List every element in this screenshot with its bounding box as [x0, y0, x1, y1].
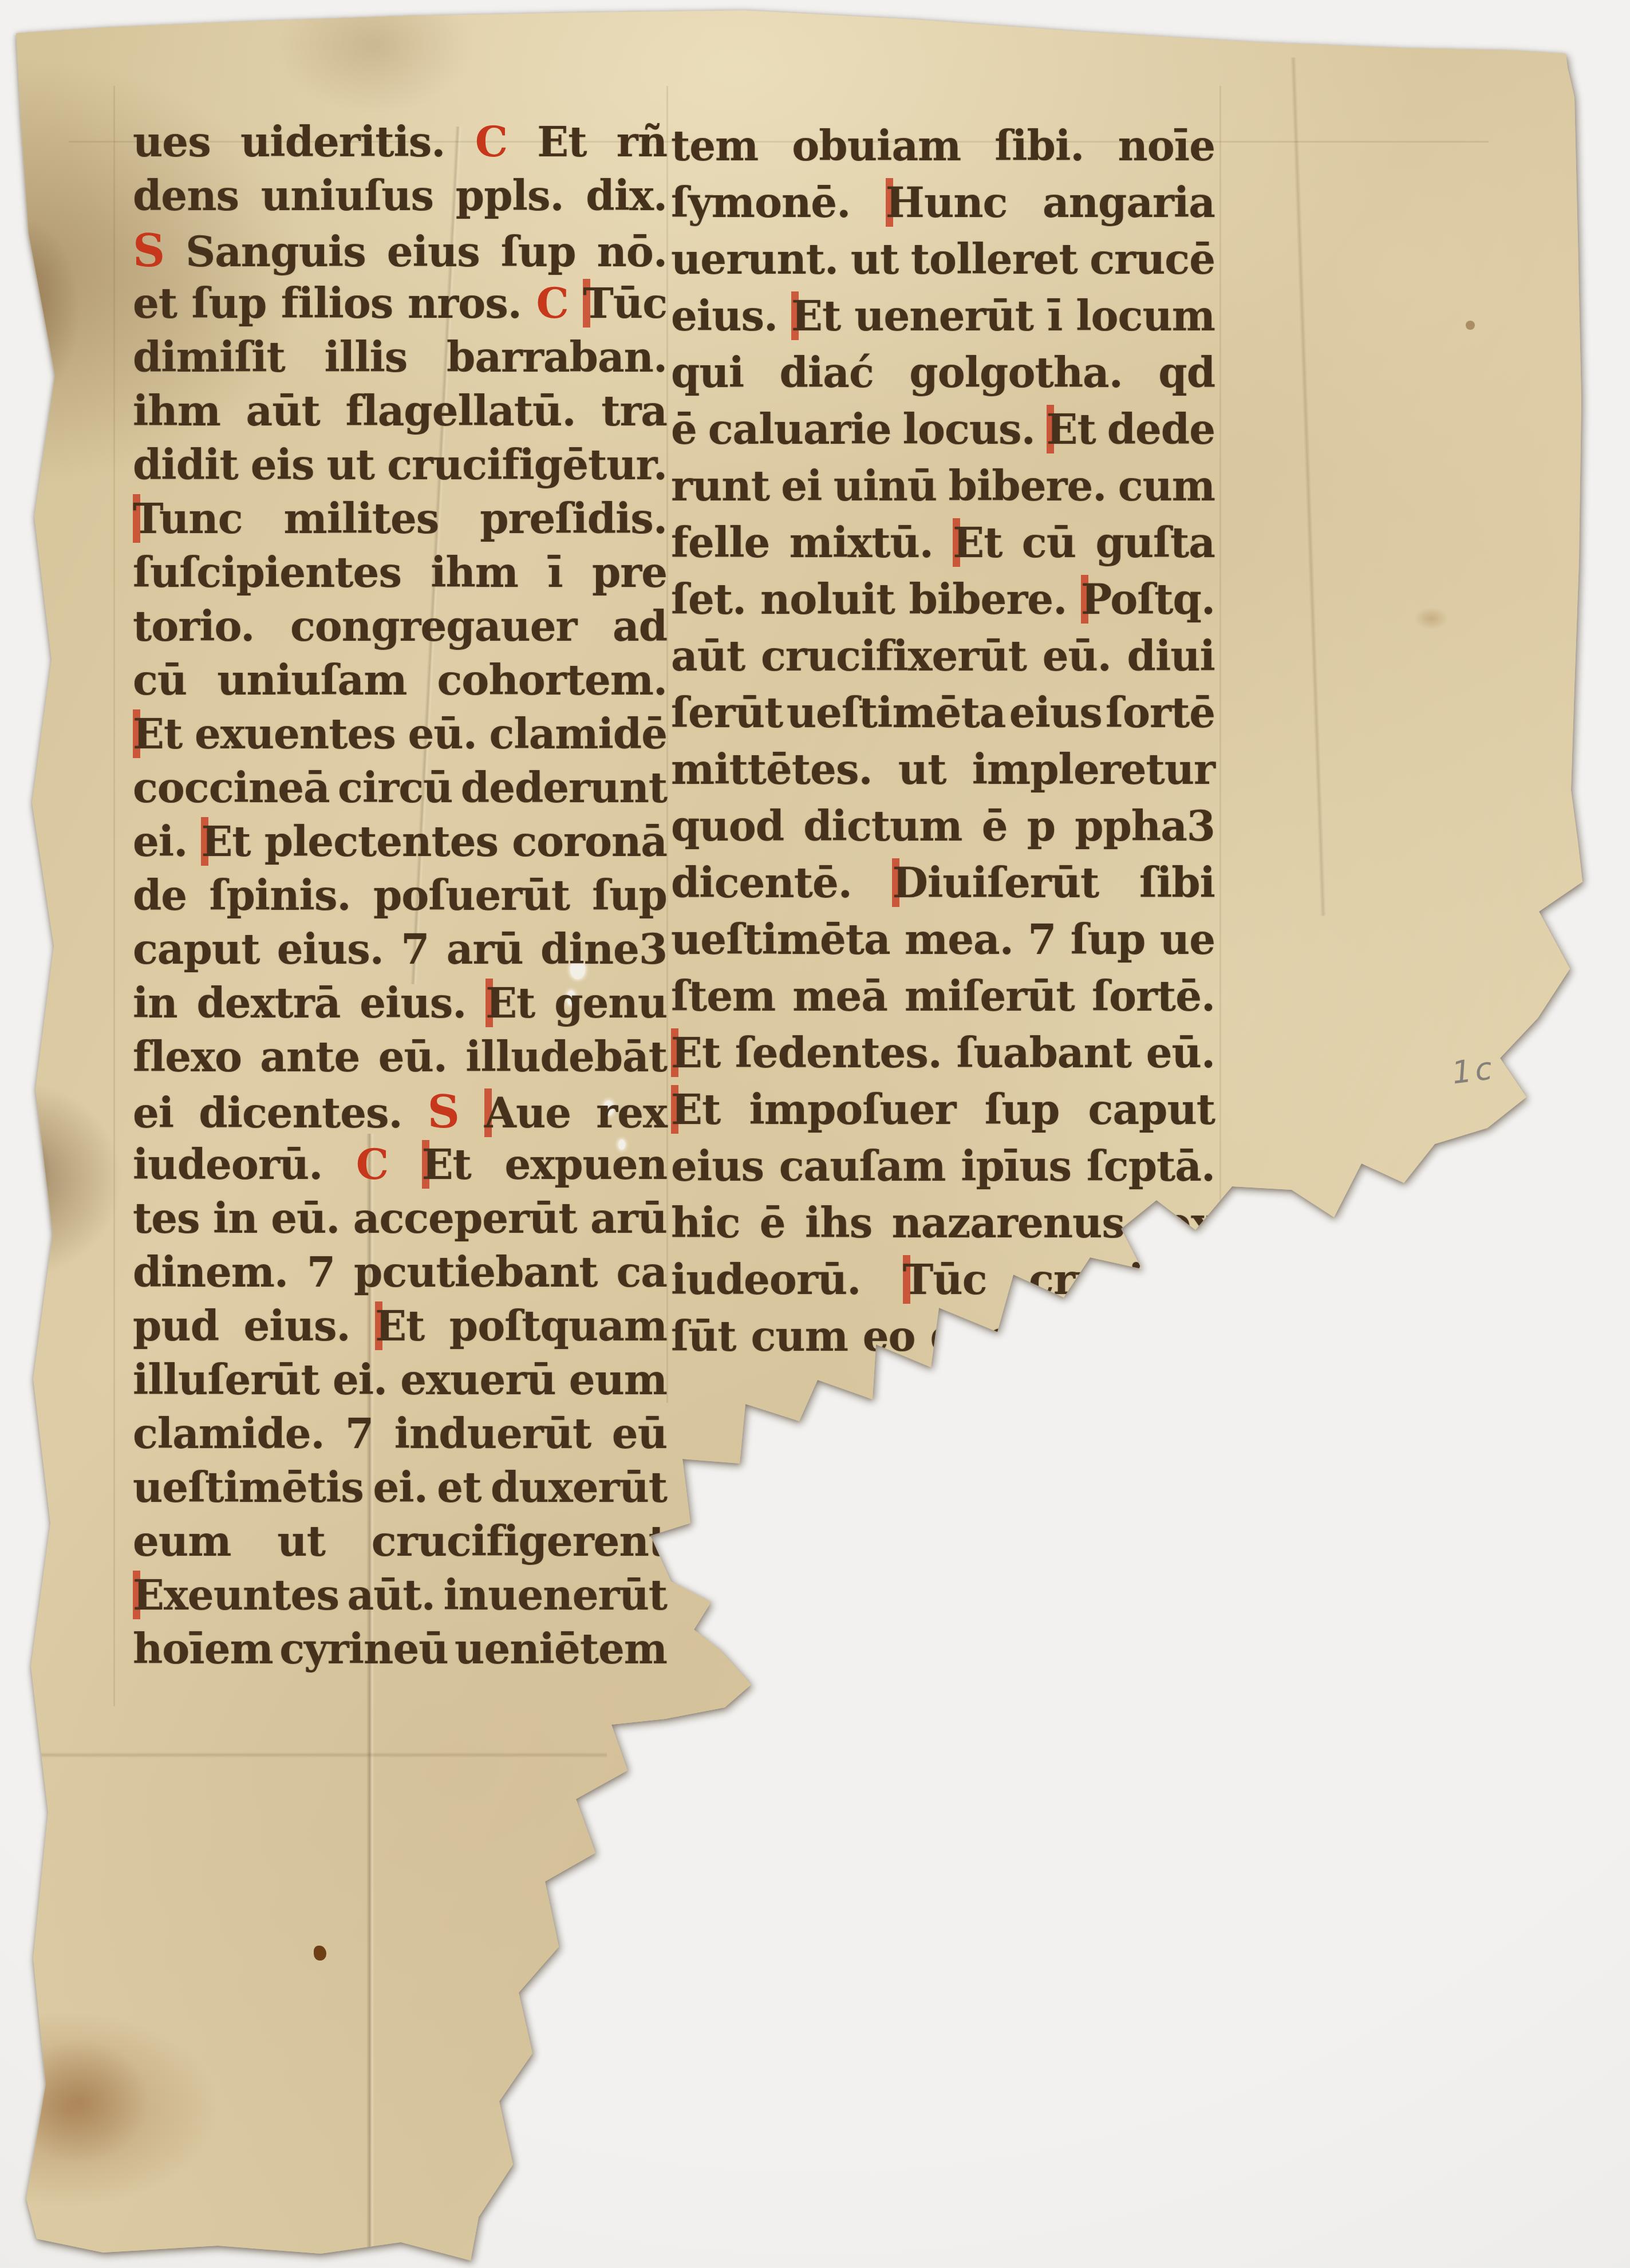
word: uideritis. — [240, 117, 445, 166]
text-line: eumutcrucifigerent — [133, 1517, 667, 1571]
word: Tunc — [133, 494, 243, 543]
text-line: ſuſcipientesihmīpre — [133, 548, 667, 602]
word: mixtū. — [790, 518, 933, 567]
word: illudebāt — [465, 1032, 667, 1081]
word: exuentes — [195, 709, 396, 758]
word: milites — [283, 494, 439, 543]
word: diui — [1127, 632, 1215, 680]
word: ipīus — [961, 1142, 1071, 1190]
word: circū — [338, 763, 452, 812]
word: induerūt — [394, 1409, 591, 1458]
text-line: Exeuntesaūt.inuenerūt — [133, 1571, 667, 1624]
word: noīe — [1118, 121, 1215, 170]
word: cauſam — [779, 1142, 946, 1190]
word: miſerūt — [905, 972, 1075, 1020]
word: eū. — [1043, 632, 1111, 680]
word: ē — [671, 405, 697, 453]
word: poſuerūt — [373, 871, 570, 920]
word: aūt — [246, 386, 320, 435]
word: eū. — [408, 709, 476, 758]
word: crucifigētur. — [387, 440, 667, 489]
word: caput — [133, 925, 259, 973]
word: arū — [590, 1194, 667, 1243]
word: eius. — [244, 1301, 350, 1350]
text-line: ſtemmeāmiſerūtſortē. — [671, 972, 1215, 1028]
word: et — [133, 279, 177, 328]
word: hoīem — [133, 1624, 273, 1673]
word: crucifixi — [1029, 1255, 1215, 1304]
word: filios — [281, 279, 393, 328]
word: Aue — [484, 1088, 571, 1137]
text-line: eiuscauſamipīusſcptā. — [671, 1142, 1215, 1198]
word: didit — [133, 440, 238, 489]
word: dictum — [803, 802, 962, 850]
word: qui — [671, 348, 744, 397]
word: torio. — [133, 602, 254, 650]
word: pre — [592, 548, 667, 597]
word: uniuſam — [217, 656, 406, 704]
word: ei — [133, 1088, 173, 1137]
word: felle — [671, 518, 769, 567]
word: pud — [133, 1301, 219, 1350]
word: ut — [277, 1517, 325, 1565]
word: flagellatū. — [345, 386, 575, 435]
word: iudeorū. — [671, 1255, 861, 1304]
word: S — [428, 1086, 459, 1138]
word: eius — [671, 1142, 764, 1190]
word: Et — [201, 817, 250, 866]
word: ei. — [333, 1355, 387, 1404]
word: qd — [1158, 348, 1215, 397]
word: 7 — [401, 925, 429, 973]
word: ī — [547, 548, 562, 597]
word: bibere. — [949, 462, 1107, 510]
text-line: Etexuenteseū.clamidē — [133, 709, 667, 763]
word: Tūc — [903, 1255, 987, 1304]
word: ſup — [985, 1085, 1060, 1134]
word: exuerū — [400, 1355, 555, 1404]
text-line: caputeius.7arūdine3 — [133, 925, 667, 979]
word: coronā — [512, 817, 667, 866]
text-line: pudeius.Etpoſtquam — [133, 1301, 667, 1355]
crease-line — [1290, 57, 1326, 916]
word: eū. — [271, 1194, 340, 1243]
word: tra — [601, 386, 667, 435]
word: ut — [898, 745, 946, 794]
word: cum — [751, 1312, 847, 1360]
word: quod — [671, 802, 784, 850]
word: locus. — [903, 405, 1035, 453]
word: dix. — [586, 171, 667, 220]
word: uniuſus — [261, 171, 433, 220]
word: eius — [387, 227, 480, 276]
ruling-line-vertical-left — [113, 86, 115, 1706]
word: ſymonē. — [671, 178, 850, 227]
word: locum — [1076, 291, 1215, 340]
word: golgotha. — [909, 348, 1122, 397]
text-column-left: uesuideritis.CEtrñdensuniuſusppls.dix.SS… — [133, 117, 667, 1678]
word: ſibi — [1139, 858, 1215, 907]
word: cyrineū — [279, 1624, 448, 1673]
text-line: quidiaćgolgotha.qd — [671, 348, 1215, 405]
word: ad — [613, 602, 667, 650]
word: ſet. — [671, 575, 746, 624]
text-line: fellemixtū.Etcūguſta — [671, 518, 1215, 575]
text-line: diditeisutcrucifigētur. — [133, 440, 667, 494]
word: guſta — [1095, 518, 1215, 567]
word: ſup — [501, 227, 576, 276]
text-line: iudeorū.CEtexpuen — [133, 1140, 667, 1194]
word: duxerūt — [491, 1463, 667, 1512]
word: uerunt. — [671, 235, 838, 283]
word: ē — [760, 1198, 786, 1247]
word: congregauer — [290, 602, 577, 650]
word: de — [133, 871, 187, 920]
text-line: eius.Etuenerūtīlocum — [671, 291, 1215, 348]
word: ei. — [133, 817, 187, 866]
word: ſup — [592, 871, 667, 920]
word: ue — [1160, 915, 1215, 964]
text-line: ēcaluarielocus.Etdede — [671, 405, 1215, 462]
text-column-right: temobuiamſibi.noīeſymonē.Huncangariaueru… — [671, 121, 1215, 1368]
text-line: aūtcrucifixerūteū.diui — [671, 632, 1215, 688]
word: nros. — [408, 279, 522, 328]
word: C — [356, 1140, 388, 1189]
text-line: indextrāeius.Etgenu — [133, 979, 667, 1032]
word: tolleret — [911, 235, 1078, 283]
word: in — [133, 979, 177, 1027]
word: Poſtq. — [1081, 575, 1215, 624]
word: Et — [537, 117, 586, 166]
text-line: SSanguiseiusſupnō. — [133, 225, 667, 279]
text-line: deſpinis.poſuerūtſup — [133, 871, 667, 925]
word: crucifixerūt — [761, 632, 1027, 680]
word: dinem. — [133, 1248, 288, 1296]
word: cum — [1118, 462, 1215, 510]
word: ueſtimēta — [671, 915, 890, 964]
text-line: coccineācircūdederunt — [133, 763, 667, 817]
word: meā — [792, 972, 887, 1020]
word: 7 — [1028, 915, 1056, 964]
word: dicentē. — [671, 858, 852, 907]
word: eū. — [1146, 1028, 1215, 1077]
word: latrones — [1029, 1312, 1215, 1360]
word: dens — [133, 171, 239, 220]
word: barraban. — [447, 333, 667, 381]
text-line: quoddictumēpppha3 — [671, 802, 1215, 858]
word: eum — [569, 1355, 667, 1404]
text-line: dinem.7pcutiebantca — [133, 1248, 667, 1301]
word: ſcptā. — [1087, 1142, 1215, 1190]
stain — [0, 218, 80, 407]
crease-line — [34, 1752, 607, 1758]
word: dederunt — [461, 763, 667, 812]
word: ues — [133, 117, 211, 166]
text-line: ſūtcumeoduolatrones — [671, 1312, 1215, 1368]
stain — [314, 1946, 326, 1961]
word: crucifigerent — [372, 1517, 667, 1565]
text-line: ſerūtueſtimētaeiusſortē — [671, 688, 1215, 745]
word: ante — [260, 1032, 360, 1081]
text-line: ihmaūtflagellatū.tra — [133, 386, 667, 440]
word: caput — [1088, 1085, 1215, 1134]
word: tes — [133, 1194, 200, 1243]
text-line: ſymonē.Huncangaria — [671, 178, 1215, 235]
word: eius — [1009, 688, 1102, 737]
word: coccineā — [133, 763, 330, 812]
text-line: clamide.7induerūteū — [133, 1409, 667, 1463]
word: dicentes. — [199, 1088, 402, 1137]
word: bibere. — [909, 575, 1067, 624]
word: preſidis. — [480, 494, 667, 543]
text-line: cūuniuſamcohortem. — [133, 656, 667, 709]
word: dine3 — [540, 925, 667, 973]
word: ueſtimēta — [787, 688, 1006, 737]
text-line: torio.congregauerad — [133, 602, 667, 656]
word: flexo — [133, 1032, 242, 1081]
word: eū. — [378, 1032, 447, 1081]
text-line: ſet.noluitbibere.Poſtq. — [671, 575, 1215, 632]
folio-pencil-mark: 1c — [1450, 1050, 1497, 1091]
word: ſortē — [1106, 688, 1215, 737]
text-line: densuniuſusppls.dix. — [133, 171, 667, 225]
text-line: hicēihsnazarenusrex — [671, 1198, 1215, 1255]
text-line: ueſtimētisei.etduxerūt — [133, 1463, 667, 1517]
word: in — [213, 1194, 258, 1243]
word: eius. — [360, 979, 466, 1027]
word: duo — [930, 1312, 1015, 1360]
word: C — [536, 279, 568, 328]
text-line: mittētes.utimpleretur — [671, 745, 1215, 802]
word: ī — [1047, 291, 1062, 340]
word: ſup — [192, 279, 267, 328]
word: ſuabant — [956, 1028, 1131, 1077]
word: Et — [133, 709, 182, 758]
word: ihs — [805, 1198, 872, 1247]
word: ueſtimētis — [133, 1463, 364, 1512]
scan-background: uesuideritis.CEtrñdensuniuſusppls.dix.SS… — [0, 0, 1630, 2268]
word: diać — [780, 348, 874, 397]
text-line: eidicentes.SAuerex — [133, 1086, 667, 1140]
word: aūt. — [348, 1571, 435, 1619]
word: Et — [1047, 405, 1096, 453]
word: dede — [1107, 405, 1215, 453]
word: arū — [447, 925, 523, 973]
word: Et — [375, 1301, 424, 1350]
word: acceperūt — [353, 1194, 577, 1243]
word: ē — [982, 802, 1008, 850]
text-line: tesineū.acceperūtarū — [133, 1194, 667, 1248]
word: Hunc — [886, 178, 1008, 227]
word: ihm — [133, 386, 220, 435]
word: Et — [671, 1028, 720, 1077]
word: rex — [1144, 1198, 1215, 1247]
word: illis — [324, 333, 407, 381]
word: impoſuer — [749, 1085, 956, 1134]
word: Et — [791, 291, 840, 340]
word: ſpinis. — [210, 871, 351, 920]
word: caluarie — [708, 405, 891, 453]
word: ſerūt — [671, 688, 783, 737]
word: crucē — [1090, 235, 1215, 283]
manuscript-leaf: uesuideritis.CEtrñdensuniuſusppls.dix.SS… — [0, 0, 1630, 2268]
word: illuſerūt — [133, 1355, 319, 1404]
word: ei. — [373, 1463, 427, 1512]
text-line: temobuiamſibi.noīe — [671, 121, 1215, 178]
word: plectentes — [265, 817, 498, 866]
word: dextrā — [197, 979, 341, 1027]
word: cū — [133, 656, 187, 704]
text-line: Etimpoſuerſupcaput — [671, 1085, 1215, 1142]
word: genu — [554, 979, 667, 1027]
word: ihm — [431, 548, 518, 597]
word: eum — [133, 1517, 231, 1565]
word: ppls. — [456, 171, 564, 220]
word: ut — [327, 440, 375, 489]
word: eū — [612, 1409, 667, 1458]
word: Et — [486, 979, 535, 1027]
word: uenerūt — [854, 291, 1033, 340]
word: ſibi. — [994, 121, 1084, 170]
word: ca — [617, 1248, 668, 1296]
text-line: dicentē.Diuiſerūtſibi — [671, 858, 1215, 915]
parchment: uesuideritis.CEtrñdensuniuſusppls.dix.SS… — [0, 0, 1630, 2268]
text-line: ueſtimētamea.7ſupue — [671, 915, 1215, 972]
stain — [1466, 321, 1475, 330]
stain — [1414, 607, 1449, 630]
word: eis — [251, 440, 314, 489]
text-line: runteiuinūbibere.cum — [671, 462, 1215, 518]
text-line: ei.Etplectentescoronā — [133, 817, 667, 871]
word: Et — [422, 1140, 471, 1189]
word: expuen — [504, 1140, 667, 1189]
word: uinū — [834, 462, 937, 510]
word: Diuiſerūt — [892, 858, 1099, 907]
word: S — [133, 225, 164, 277]
word: inuenerūt — [443, 1571, 667, 1619]
word: p — [1027, 802, 1055, 850]
text-line: etſupfiliosnros.CTūc — [133, 279, 667, 333]
word: eius. — [671, 291, 777, 340]
word: ei — [781, 462, 822, 510]
word: ſtem — [671, 972, 775, 1020]
word: Sanguis — [186, 227, 366, 276]
text-line: iudeorū.Tūccrucifixi — [671, 1255, 1215, 1312]
word: noluit — [760, 575, 895, 624]
stain — [0, 1122, 52, 1225]
word: rñ — [617, 117, 667, 166]
word: clamide. — [133, 1409, 325, 1458]
stain — [11, 2038, 149, 2164]
word: cohortem. — [437, 656, 667, 704]
word: runt — [671, 462, 769, 510]
word: ueniētem — [455, 1624, 667, 1673]
text-line: Tuncmilitespreſidis. — [133, 494, 667, 548]
word: dimiſit — [133, 333, 285, 381]
ruling-line-vertical-right — [1219, 86, 1221, 1288]
word: ſortē. — [1092, 972, 1215, 1020]
text-line: hoīemcyrineūueniētem — [133, 1624, 667, 1678]
text-line: flexoanteeū.illudebāt — [133, 1032, 667, 1086]
word: eo — [863, 1312, 915, 1360]
word: cū — [1022, 518, 1076, 567]
word: Et — [953, 518, 1002, 567]
word: aūt — [671, 632, 745, 680]
text-line: uesuideritis.CEtrñ — [133, 117, 667, 171]
word: clamidē — [489, 709, 667, 758]
word: Exeuntes — [133, 1571, 339, 1619]
word: hic — [671, 1198, 740, 1247]
text-line: dimiſitillisbarraban. — [133, 333, 667, 386]
word: rex — [596, 1088, 667, 1137]
word: poſtquam — [449, 1301, 667, 1350]
word: angaria — [1043, 178, 1215, 227]
word: ſūt — [671, 1312, 736, 1360]
text-line: illuſerūtei.exuerūeum — [133, 1355, 667, 1409]
word: ſuſcipientes — [133, 548, 401, 597]
word: tem — [671, 121, 758, 170]
word: C — [475, 117, 507, 166]
word: Et — [671, 1085, 720, 1134]
word: ſup — [1071, 915, 1146, 964]
word: iudeorū. — [133, 1140, 322, 1189]
word: Tūc — [583, 279, 667, 328]
word: et — [437, 1463, 481, 1512]
word: mittētes. — [671, 745, 873, 794]
word: nazarenus — [891, 1198, 1124, 1247]
word: 7 — [345, 1409, 373, 1458]
word: ppha3 — [1075, 802, 1215, 850]
word: pcutiebant — [354, 1248, 598, 1296]
word: impleretur — [972, 745, 1215, 794]
word: mea. — [905, 915, 1013, 964]
word: nō. — [597, 227, 667, 276]
word: obuiam — [792, 121, 961, 170]
word: 7 — [307, 1248, 335, 1296]
text-line: uerunt.uttolleretcrucē — [671, 235, 1215, 291]
text-line: Etſedentes.ſuabanteū. — [671, 1028, 1215, 1085]
word: eius. — [277, 925, 384, 973]
word: ut — [851, 235, 899, 283]
word: ſedentes. — [735, 1028, 942, 1077]
